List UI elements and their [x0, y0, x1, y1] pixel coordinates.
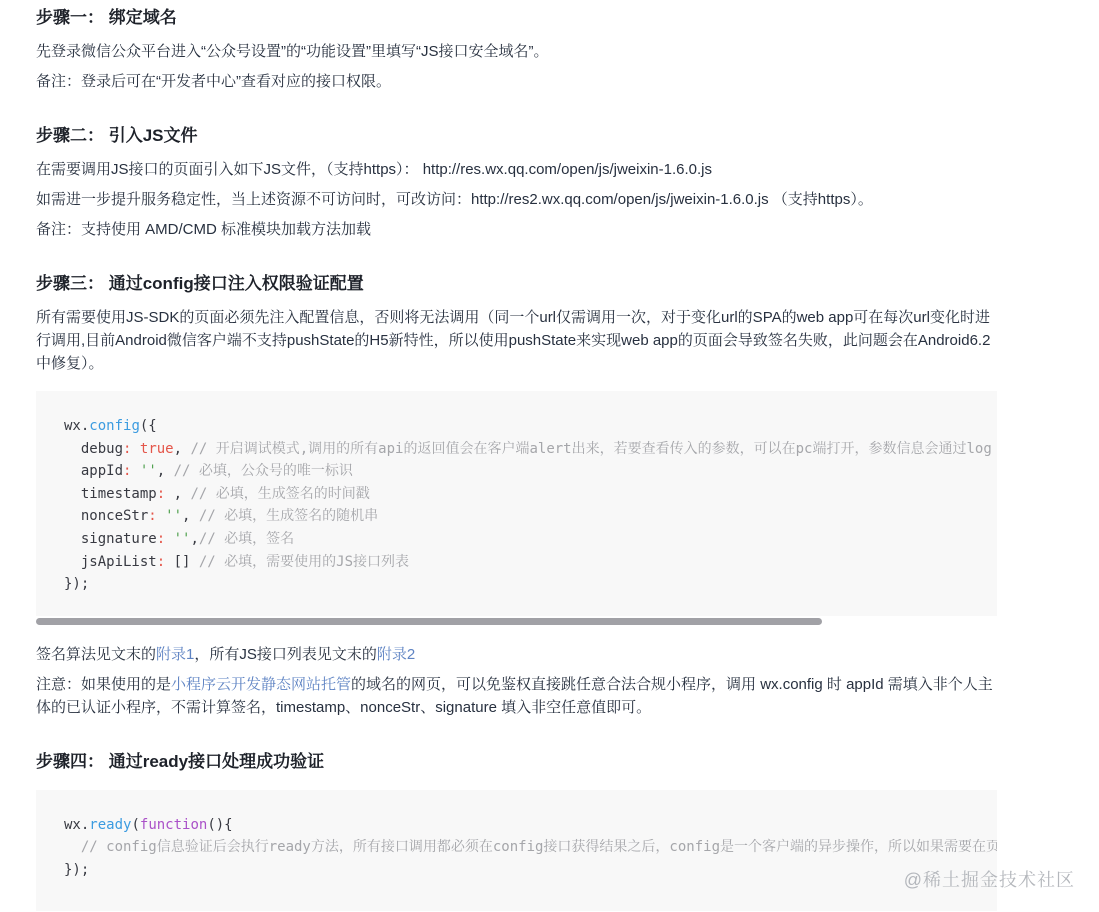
code-line: debug: true, // 开启调试模式,调用的所有api的返回值会在客户端…: [64, 438, 997, 461]
note-text-pre: 注意：如果使用的是: [36, 676, 171, 693]
paragraph-step1-note: 备注：登录后可在“开发者中心”查看对应的接口权限。: [36, 70, 997, 93]
code-block-wx-config[interactable]: wx.config({ debug: true, // 开启调试模式,调用的所有…: [36, 391, 997, 616]
code-line: signature: '',// 必填，签名: [64, 528, 997, 551]
appendix-text-mid: ，所有JS接口列表见文末的: [194, 646, 377, 663]
appendix-text-pre: 签名算法见文末的: [36, 646, 156, 663]
appendix1-link[interactable]: 附录1: [156, 646, 194, 663]
paragraph-step2-2: 如需进一步提升服务稳定性，当上述资源不可访问时，可改访问：http://res2…: [36, 188, 997, 211]
code1-horizontal-scrollbar: [36, 618, 997, 625]
code-line: // config信息验证后会执行ready方法，所有接口调用都必须在confi…: [64, 836, 997, 859]
juejin-watermark: @稀土掘金技术社区: [904, 866, 1075, 892]
cloudbase-static-hosting-link[interactable]: 小程序云开发静态网站托管: [171, 676, 351, 693]
heading-step2: 步骤二： 引入JS文件: [36, 124, 997, 148]
paragraph-step3-1: 所有需要使用JS-SDK的页面必须先注入配置信息，否则将无法调用（同一个url仅…: [36, 306, 997, 375]
heading-step4: 步骤四： 通过ready接口处理成功验证: [36, 750, 997, 774]
code-line: });: [64, 859, 997, 882]
appendix2-link[interactable]: 附录2: [377, 646, 415, 663]
code-line: });: [64, 573, 997, 596]
paragraph-step2-1: 在需要调用JS接口的页面引入如下JS文件，（支持https）： http://r…: [36, 158, 997, 181]
code-line: wx.config({: [64, 415, 997, 438]
code-line: nonceStr: '', // 必填，生成签名的随机串: [64, 505, 997, 528]
paragraph-step1-1: 先登录微信公众平台进入“公众号设置”的“功能设置”里填写“JS接口安全域名”。: [36, 40, 997, 63]
code-line: appId: '', // 必填，公众号的唯一标识: [64, 460, 997, 483]
heading-step1: 步骤一： 绑定域名: [36, 6, 997, 30]
paragraph-step2-note: 备注：支持使用 AMD/CMD 标准模块加载方法加载: [36, 218, 997, 241]
code-line: timestamp: , // 必填，生成签名的时间戳: [64, 483, 997, 506]
code-line: wx.ready(function(){: [64, 814, 997, 837]
code1-scrollbar-thumb[interactable]: [36, 618, 822, 625]
code-line: jsApiList: [] // 必填，需要使用的JS接口列表: [64, 551, 997, 574]
paragraph-note: 注意：如果使用的是小程序云开发静态网站托管的域名的网页，可以免鉴权直接跳任意合法…: [36, 673, 997, 719]
paragraph-appendix: 签名算法见文末的附录1，所有JS接口列表见文末的附录2: [36, 643, 997, 666]
code-block-wx-ready[interactable]: wx.ready(function(){ // config信息验证后会执行re…: [36, 790, 997, 911]
article-content: 步骤一： 绑定域名 先登录微信公众平台进入“公众号设置”的“功能设置”里填写“J…: [0, 0, 997, 912]
heading-step3: 步骤三： 通过config接口注入权限验证配置: [36, 272, 997, 296]
